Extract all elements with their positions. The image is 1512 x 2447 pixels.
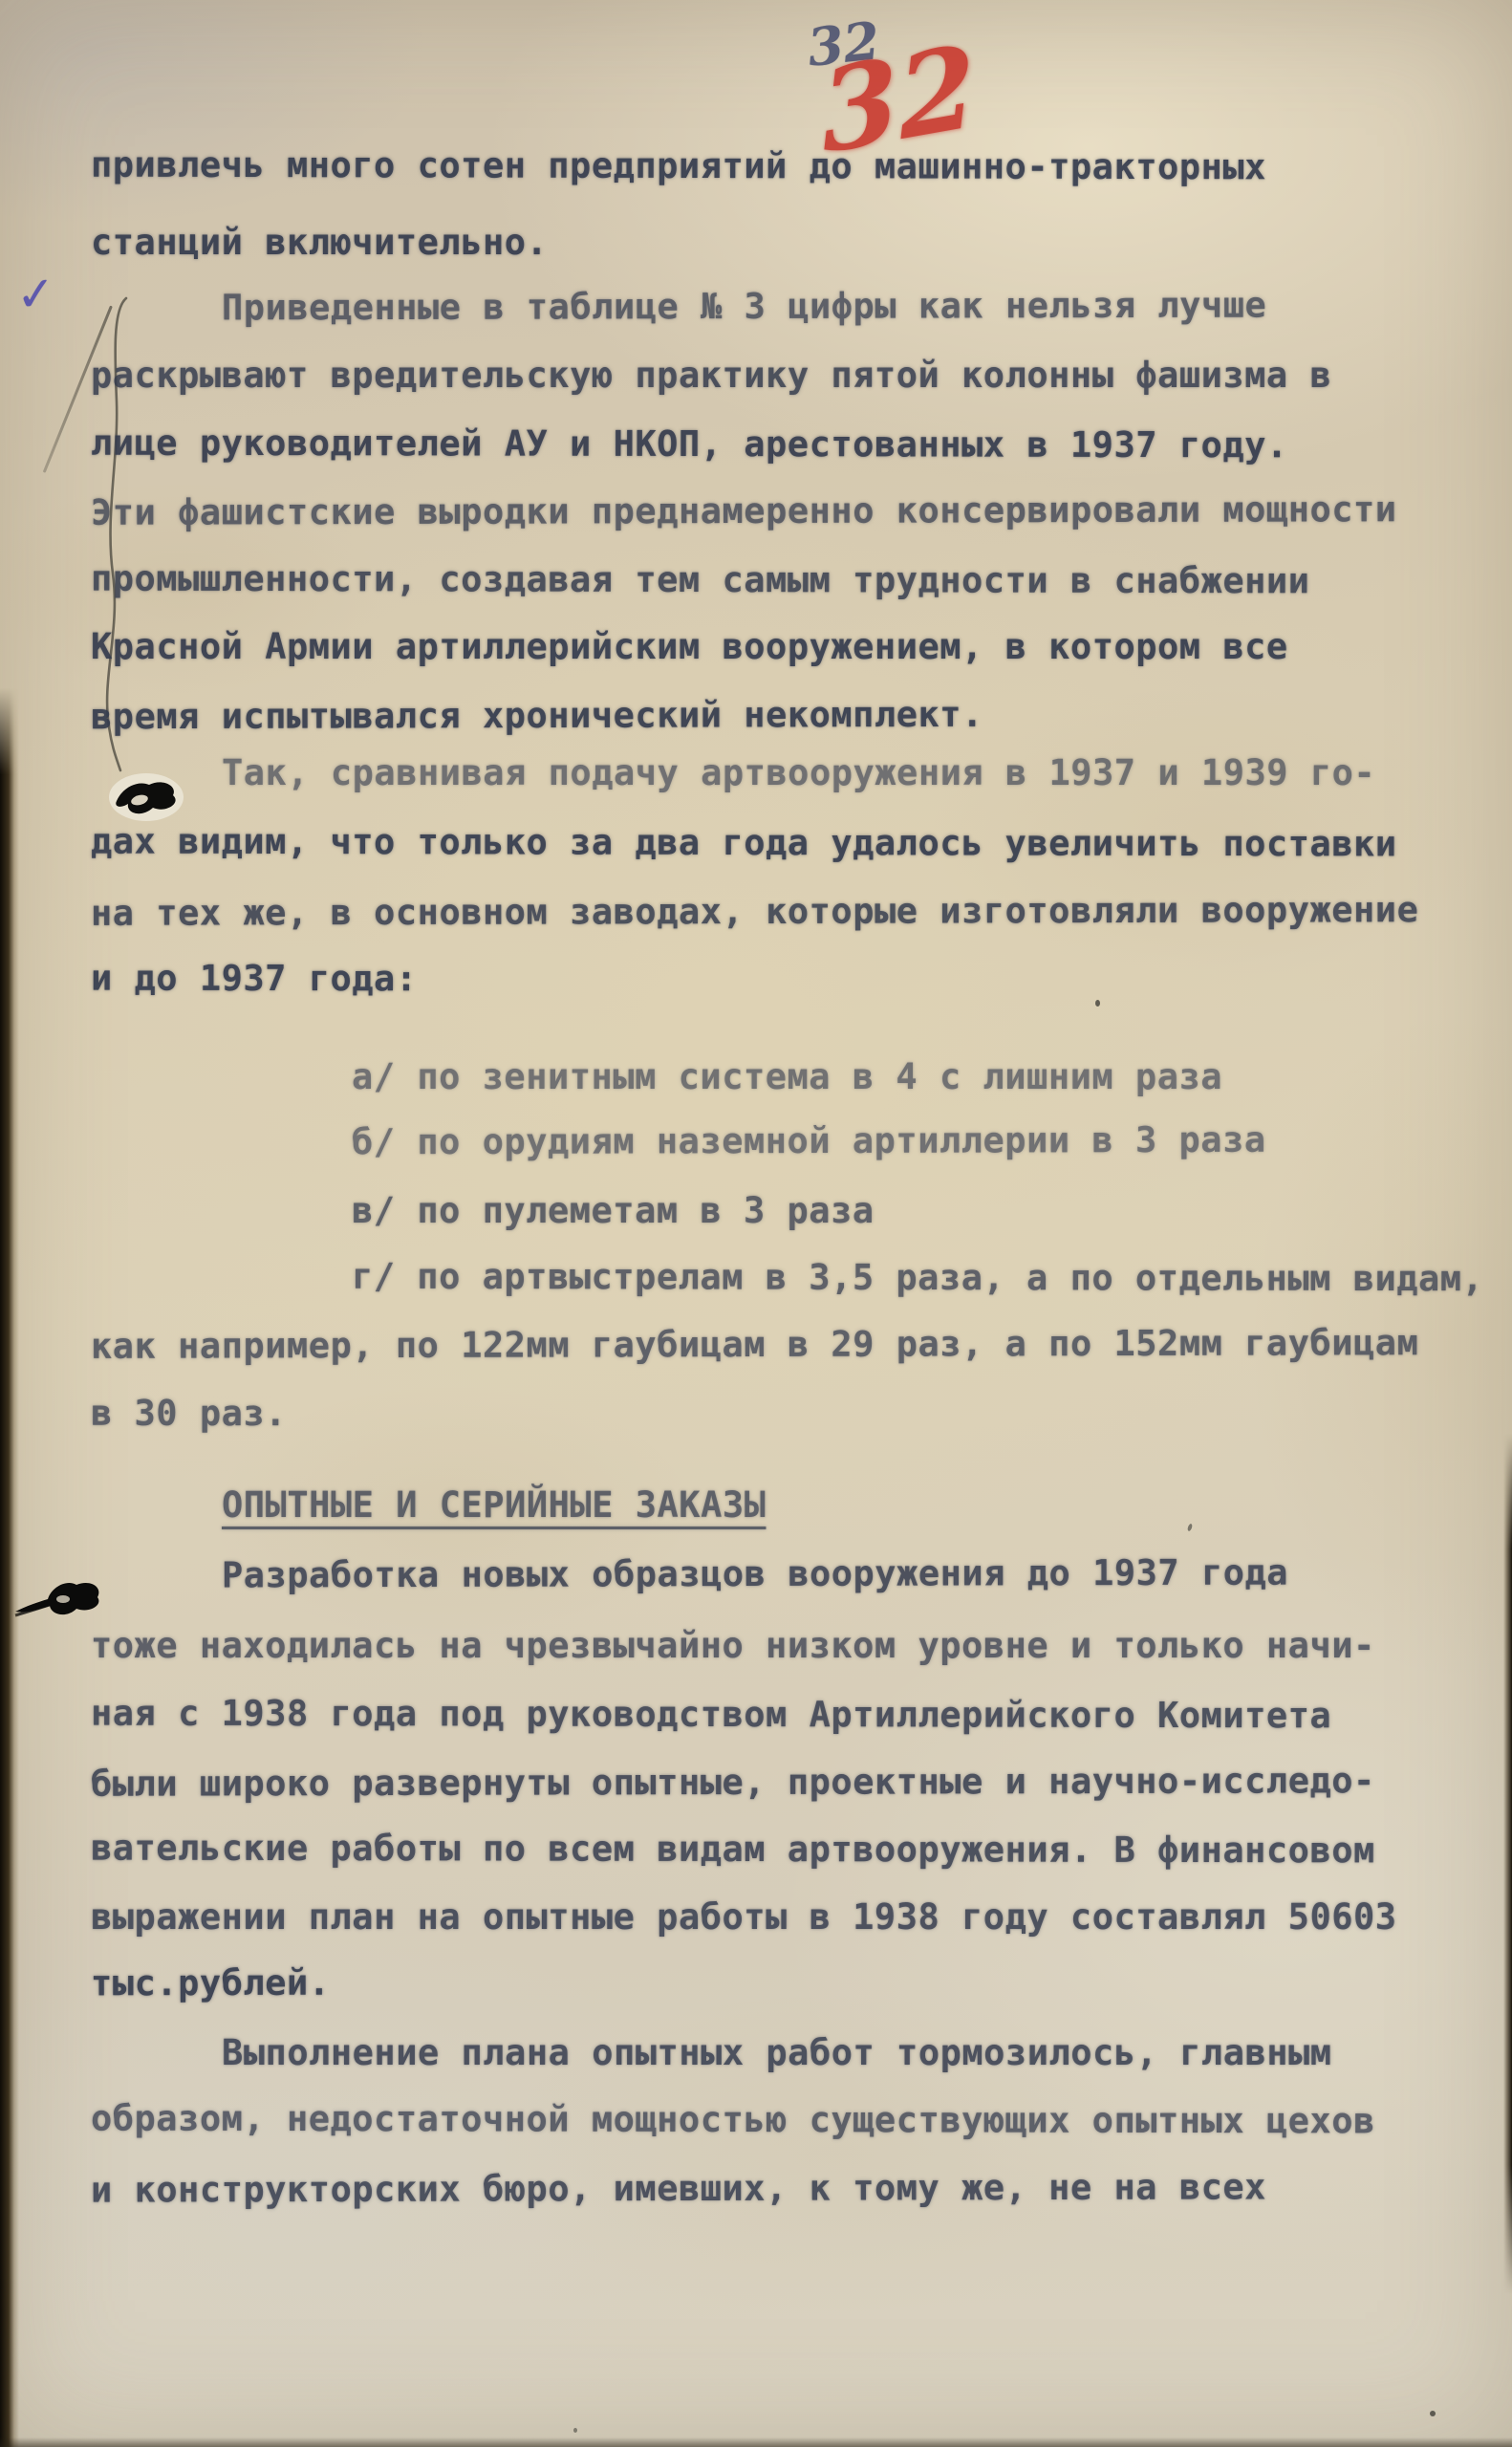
text-line: на тех же, в основном заводах, которые и… <box>91 889 1418 934</box>
dust-speck <box>1187 1524 1193 1532</box>
section-heading: ОПЫТНЫЕ И СЕРИЙНЫЕ ЗАКАЗЫ <box>222 1484 766 1526</box>
scan-edge-bottom <box>0 2437 1512 2447</box>
text-line: образом, недостаточной мощностью существ… <box>91 2098 1375 2142</box>
text-line: Разработка новых образцов вооружения до … <box>222 1552 1288 1596</box>
dust-speck <box>1430 2411 1436 2416</box>
ink-blot-tear <box>13 1568 119 1633</box>
text-line-list-item: а/ по зенитным система в 4 с лишним раза <box>352 1056 1222 1097</box>
text-line: время испытывался хронический некомплект… <box>91 694 983 737</box>
text-line: и конструкторских бюро, имевших, к тому … <box>91 2166 1266 2210</box>
dust-speck <box>573 2428 577 2433</box>
text-line: Выполнение плана опытных работ тормозило… <box>222 2032 1332 2073</box>
text-line: как например, по 122мм гаубицам в 29 раз… <box>91 1322 1418 1367</box>
text-line: Красной Армии артиллерийским вооружением… <box>91 626 1288 667</box>
text-line: выражении план на опытные работы в 1938 … <box>91 1896 1397 1938</box>
text-line: в 30 раз. <box>91 1393 287 1434</box>
text-line: привлечь много сотен предприятий до маши… <box>91 144 1266 188</box>
text-line: и до 1937 года: <box>91 958 418 1000</box>
text-line: лице руководителей АУ и НКОП, арестованн… <box>91 422 1288 466</box>
text-line-list-item: в/ по пулеметам в 3 раза <box>352 1190 875 1231</box>
text-line-list-item: б/ по орудиям наземной артиллерии в 3 ра… <box>352 1119 1266 1163</box>
text-line: станций включительно. <box>91 222 548 263</box>
text-line: раскрывают вредительскую практику пятой … <box>91 355 1331 396</box>
text-line: Так, сравнивая подачу артвооружения в 19… <box>222 752 1375 793</box>
text-line: промышленности, создавая тем самым трудн… <box>91 558 1310 602</box>
scanned-document-page: 32 32 ✓ привлечь много сотен предприятий… <box>0 0 1512 2447</box>
scan-edge-right <box>1503 1434 1512 2294</box>
dust-speck <box>1095 1000 1100 1007</box>
margin-checkmark-icon: ✓ <box>17 261 54 325</box>
text-line: вательские работы по всем видам артвоору… <box>91 1828 1375 1872</box>
text-line: дах видим, что только за два года удалос… <box>91 821 1397 865</box>
text-line-list-item: г/ по артвыстрелам в 3,5 раза, а по отде… <box>352 1256 1483 1299</box>
ink-blot-hole <box>107 770 185 828</box>
text-line: Эти фашистские выродки преднамеренно кон… <box>91 488 1397 533</box>
text-line: были широко развернуты опытные, проектны… <box>91 1760 1375 1805</box>
text-line: тыс.рублей. <box>91 1962 331 2004</box>
text-line: ная с 1938 года под руководством Артилле… <box>91 1693 1331 1737</box>
text-line: Приведенные в таблице № 3 цифры как нель… <box>222 285 1266 329</box>
scan-edge-left <box>0 688 19 2447</box>
text-line: тоже находилась на чрезвычайно низком ур… <box>91 1625 1375 1666</box>
